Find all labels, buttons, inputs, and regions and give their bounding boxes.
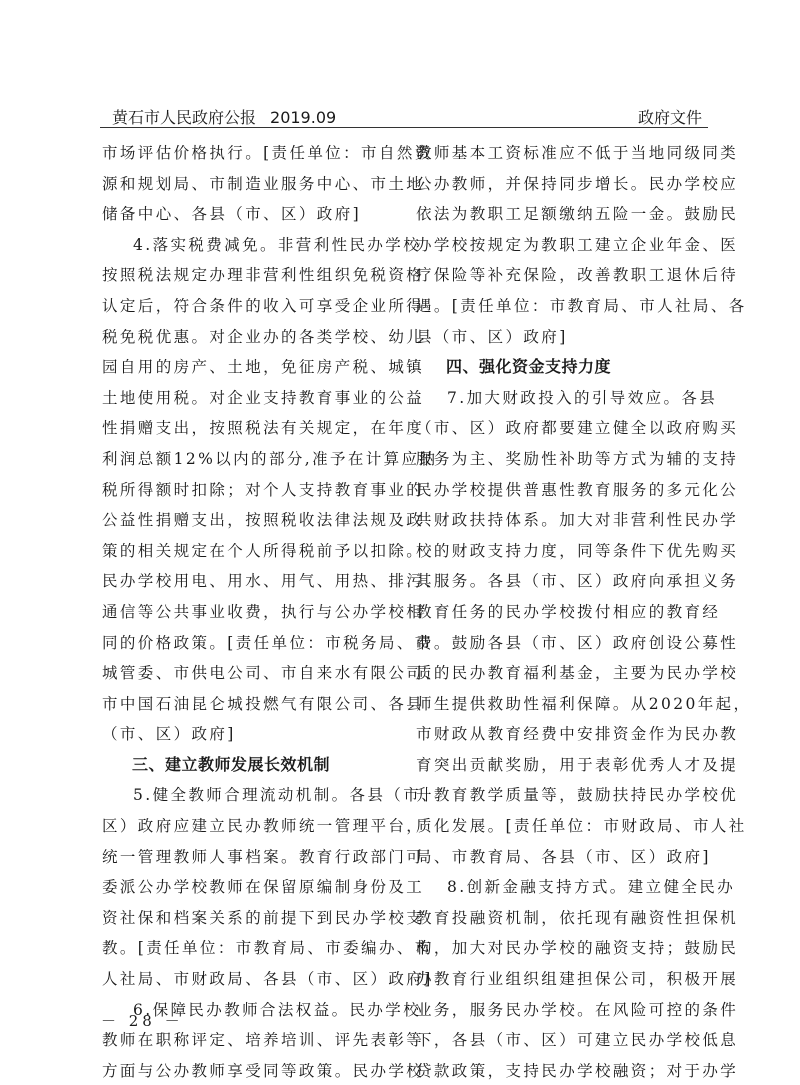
- text-line: 依法为教职工足额缴纳五险一金。鼓励民: [416, 199, 704, 230]
- text-line: 区）政府应建立民办教师统一管理平台，: [102, 811, 390, 842]
- text-line: 资社保和档案关系的前提下到民办学校支: [102, 903, 390, 934]
- text-line: 民办学校提供普惠性教育服务的多元化公: [416, 475, 704, 506]
- text-line: 县（市、区）政府]: [416, 322, 704, 353]
- right-column: 教师基本工资标准应不低于当地同级同类公办教师，并保持同步增长。民办学校应依法为教…: [416, 138, 704, 1085]
- text-line: 8.创新金融支持方式。建立健全民办: [416, 872, 704, 903]
- section-heading: 三、建立教师发展长效机制: [102, 750, 390, 781]
- text-line: 方面与公办教师享受同等政策。民办学校: [102, 1056, 390, 1085]
- section-heading: 四、强化资金支持力度: [416, 352, 704, 383]
- text-line: 下，各县（市、区）可建立民办学校低息: [416, 1025, 704, 1056]
- text-line: 师生提供救助性福利保障。从2020年起，: [416, 689, 704, 720]
- text-line: 教育任务的民办学校拨付相应的教育经: [416, 597, 704, 628]
- text-line: 按照税法规定办理非营利性组织免税资格: [102, 260, 390, 291]
- text-line: 费。鼓励各县（市、区）政府创设公募性: [416, 628, 704, 659]
- text-line: （市、区）政府都要建立健全以政府购买: [416, 413, 704, 444]
- text-line: 同的价格政策。[责任单位：市税务局、市: [102, 628, 390, 659]
- text-line: 通信等公共事业收费，执行与公办学校相: [102, 597, 390, 628]
- text-line: 校的财政支持力度，同等条件下优先购买: [416, 536, 704, 567]
- text-line: 委派公办学校教师在保留原编制身份及工: [102, 872, 390, 903]
- text-line: 质化发展。[责任单位：市财政局、市人社: [416, 811, 704, 842]
- text-line: 构，加大对民办学校的融资支持；鼓励民: [416, 933, 704, 964]
- text-line: 疗保险等补充保险，改善教职工退休后待: [416, 260, 704, 291]
- text-line: 教师基本工资标准应不低于当地同级同类: [416, 138, 704, 169]
- text-line: 市场评估价格执行。[责任单位：市自然资: [102, 138, 390, 169]
- header-section-label: 政府文件: [638, 105, 702, 128]
- text-line: 贷款政策，支持民办学校融资；对于办学: [416, 1056, 704, 1085]
- text-line: 市中国石油昆仑城投燃气有限公司、各县: [102, 689, 390, 720]
- text-line: 园自用的房产、土地，免征房产税、城镇: [102, 352, 390, 383]
- text-line: 人社局、市财政局、各县（市、区）政府]: [102, 964, 390, 995]
- text-line: 源和规划局、市制造业服务中心、市土地: [102, 169, 390, 200]
- text-line: （市、区）政府]: [102, 719, 390, 750]
- text-line: 业务，服务民办学校。在风险可控的条件: [416, 995, 704, 1026]
- text-line: 7.加大财政投入的引导效应。各县: [416, 383, 704, 414]
- left-column: 市场评估价格执行。[责任单位：市自然资源和规划局、市制造业服务中心、市土地储备中…: [102, 138, 390, 1085]
- text-line: 市财政从教育经费中安排资金作为民办教: [416, 719, 704, 750]
- text-line: 育突出贡献奖励，用于表彰优秀人才及提: [416, 750, 704, 781]
- running-header: 黄石市人民政府公报2019.09 政府文件: [100, 103, 708, 128]
- text-line: 共财政扶持体系。加大对非营利性民办学: [416, 505, 704, 536]
- text-line: 遇。[责任单位：市教育局、市人社局、各: [416, 291, 704, 322]
- text-line: 城管委、市供电公司、市自来水有限公司、: [102, 658, 390, 689]
- text-line: 公益性捐赠支出，按照税收法律法规及政: [102, 505, 390, 536]
- text-line: 5.健全教师合理流动机制。各县（市、: [102, 780, 390, 811]
- page-number: － 28 －: [101, 1010, 184, 1031]
- text-line: 教。[责任单位：市教育局、市委编办、市: [102, 933, 390, 964]
- text-line: 4.落实税费减免。非营利性民办学校: [102, 230, 390, 261]
- text-line: 升教育教学质量等，鼓励扶持民办学校优: [416, 780, 704, 811]
- text-line: 质的民办教育福利基金，主要为民办学校: [416, 658, 704, 689]
- text-line: 税所得额时扣除；对个人支持教育事业的: [102, 475, 390, 506]
- text-line: 认定后，符合条件的收入可享受企业所得: [102, 291, 390, 322]
- text-line: 办教育行业组织组建担保公司，积极开展: [416, 964, 704, 995]
- text-line: 局、市教育局、各县（市、区）政府]: [416, 842, 704, 873]
- issue-date: 2019.09: [270, 108, 336, 127]
- text-line: 服务为主、奖励性补助等方式为辅的支持: [416, 444, 704, 475]
- text-line: 办学校按规定为教职工建立企业年金、医: [416, 230, 704, 261]
- text-line: 利润总额12%以内的部分,准予在计算应纳: [102, 444, 390, 475]
- text-line: 统一管理教师人事档案。教育行政部门可: [102, 842, 390, 873]
- text-line: 储备中心、各县（市、区）政府]: [102, 199, 390, 230]
- publication-name: 黄石市人民政府公报: [112, 108, 256, 127]
- text-line: 公办教师，并保持同步增长。民办学校应: [416, 169, 704, 200]
- text-line: 性捐赠支出，按照税法有关规定，在年度: [102, 413, 390, 444]
- text-line: 其服务。各县（市、区）政府向承担义务: [416, 566, 704, 597]
- text-line: 税免税优惠。对企业办的各类学校、幼儿: [102, 322, 390, 353]
- text-line: 策的相关规定在个人所得税前予以扣除。: [102, 536, 390, 567]
- text-line: 教育投融资机制，依托现有融资性担保机: [416, 903, 704, 934]
- header-publication-title: 黄石市人民政府公报2019.09: [112, 105, 336, 128]
- text-line: 土地使用税。对企业支持教育事业的公益: [102, 383, 390, 414]
- text-line: 民办学校用电、用水、用气、用热、排污、: [102, 566, 390, 597]
